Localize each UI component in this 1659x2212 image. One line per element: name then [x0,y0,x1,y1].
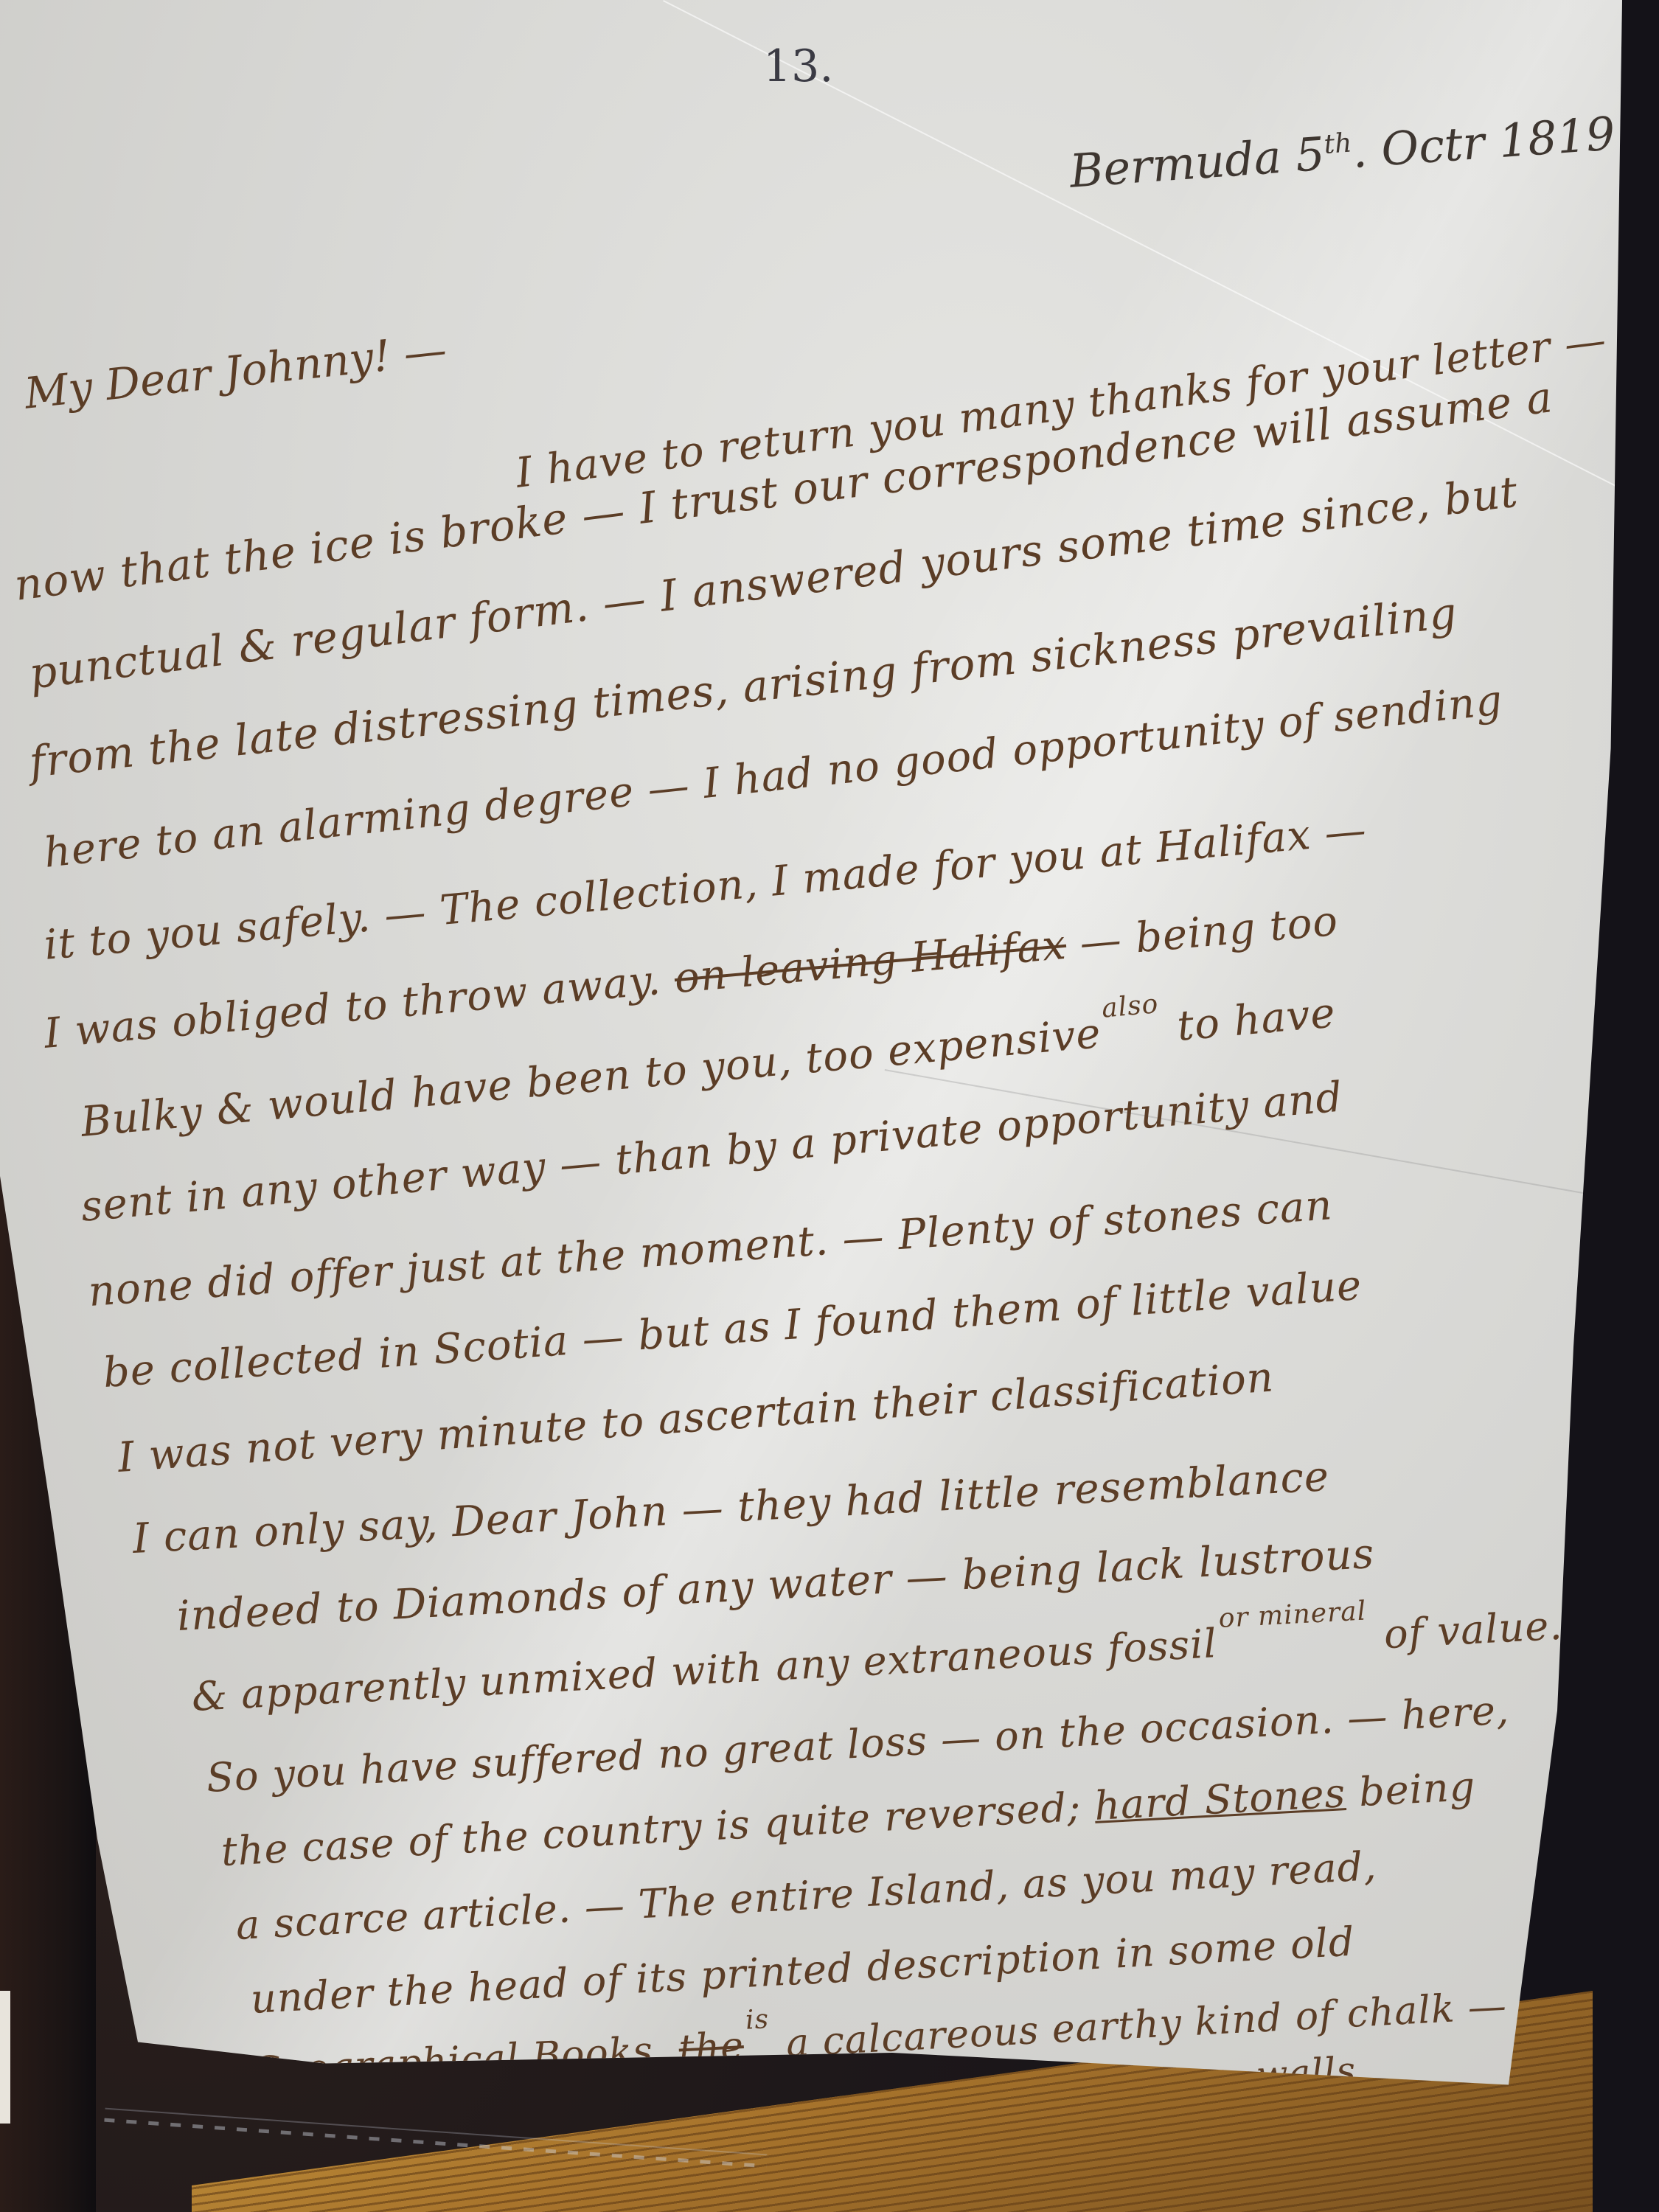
struck-through-text: on leaving Halifax [672,921,1068,1003]
line-8-text-after: to have [1161,989,1338,1051]
line-15-text-after: of value. [1369,1602,1564,1659]
line-7-text-after: — being too [1064,897,1340,969]
line-15-text-before: & apparently unmixed with any extraneous… [190,1620,1218,1720]
line-17-text-after: being [1344,1763,1476,1816]
interlinear-insertion: or mineral [1218,1596,1368,1633]
letter-body: I have to return you many thanks for you… [0,0,1622,2138]
line-7-text-before: I was obliged to throw away. [42,956,663,1058]
letter-page: 13. Bermuda 5th. Octr 1819 My Dear Johnn… [0,0,1622,2138]
interlinear-insertion: is [745,2004,770,2036]
line-17-text-before: the case of the country is quite reverse… [220,1783,1096,1875]
interlinear-insertion: also [1100,989,1159,1024]
adjacent-item-edge [0,1991,10,2124]
underlined-text: hard Stones [1093,1770,1347,1829]
